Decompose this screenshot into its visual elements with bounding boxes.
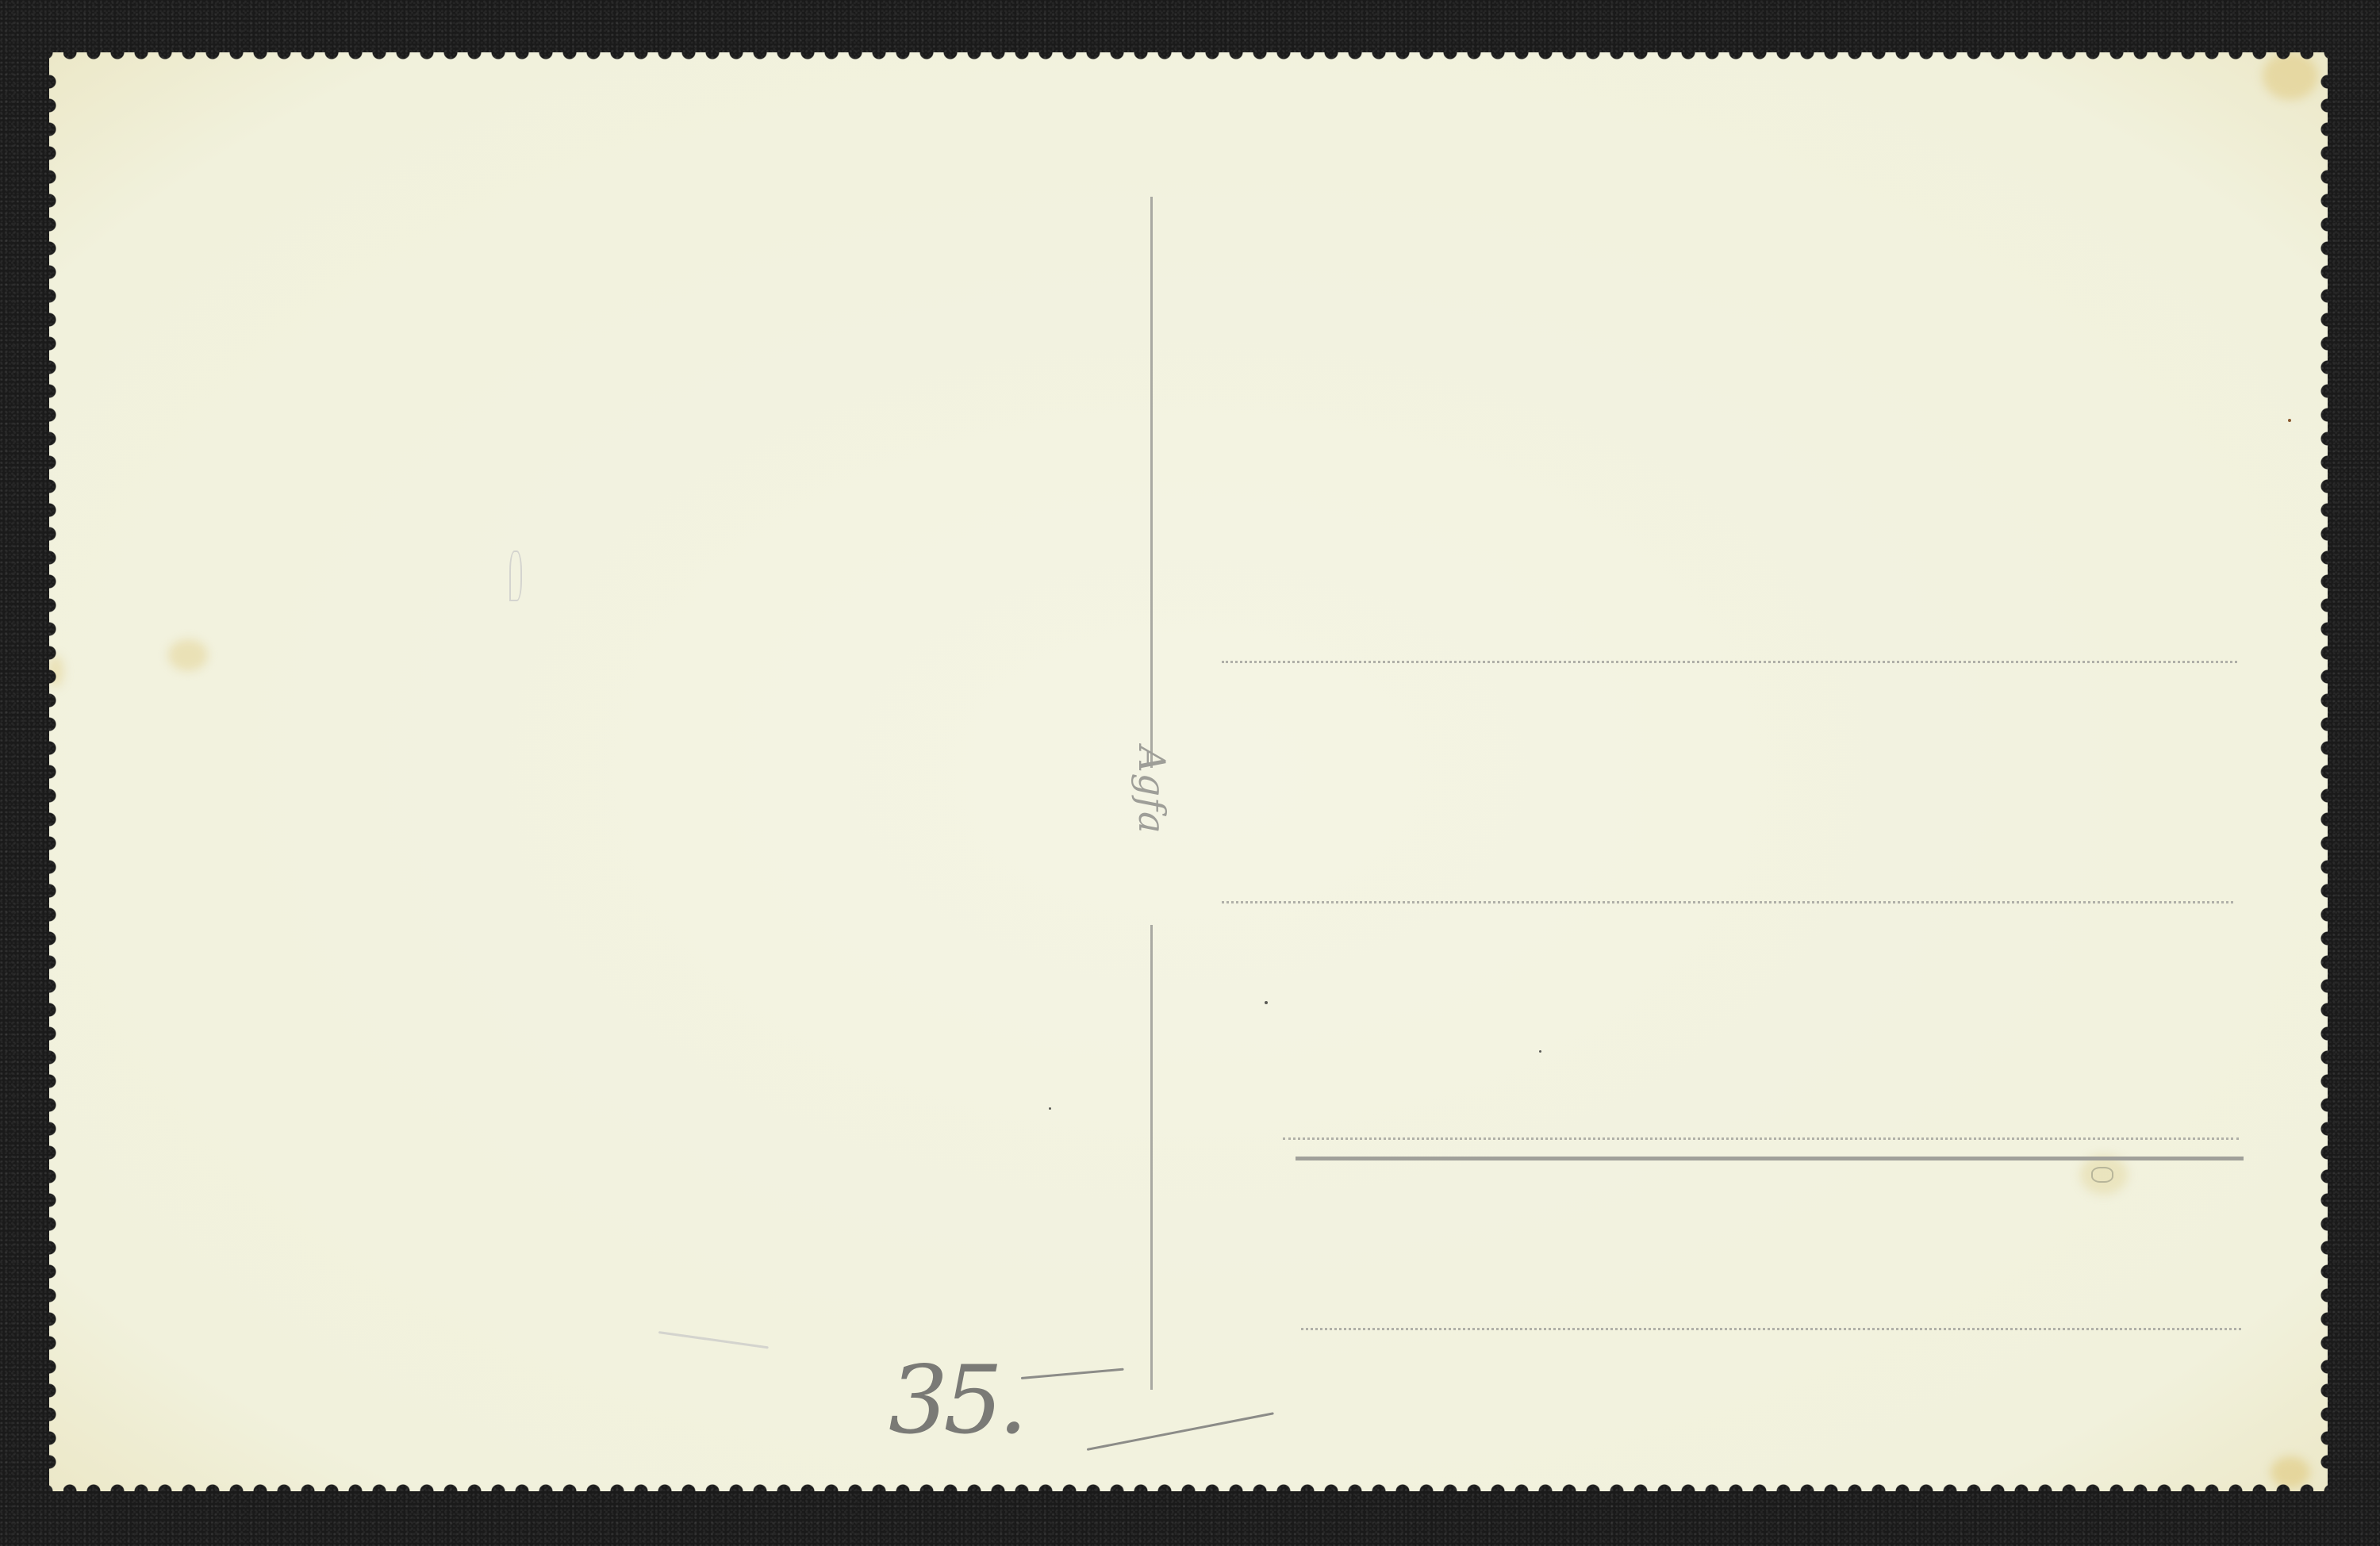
stain-bottom-right <box>2271 1456 2310 1488</box>
address-line-1 <box>1222 661 2237 663</box>
faint-scribble <box>658 1331 769 1348</box>
pencil-dash-upper <box>1021 1368 1124 1379</box>
faint-circle-mark <box>2091 1167 2113 1183</box>
speck <box>1539 1050 1541 1053</box>
stain-left-edge <box>48 655 63 687</box>
address-line-3 <box>1283 1137 2239 1140</box>
address-line-underline <box>1296 1157 2244 1160</box>
faint-hook-mark <box>509 550 522 601</box>
address-line-4 <box>1301 1328 2241 1330</box>
stain-left <box>168 639 208 671</box>
speck <box>1049 1107 1051 1110</box>
stain-top-right <box>2263 52 2318 100</box>
speck <box>1265 1001 1268 1004</box>
speck <box>2288 419 2291 422</box>
pencil-dash-lower <box>1087 1412 1274 1451</box>
divider-line-top <box>1150 197 1153 768</box>
divider-line-bottom <box>1150 925 1153 1390</box>
postcard-back: Agfa 35. <box>49 52 2328 1491</box>
handwritten-price: 35. <box>889 1353 1023 1447</box>
address-line-2 <box>1222 901 2233 903</box>
agfa-brand-mark: Agfa <box>1112 750 1192 830</box>
